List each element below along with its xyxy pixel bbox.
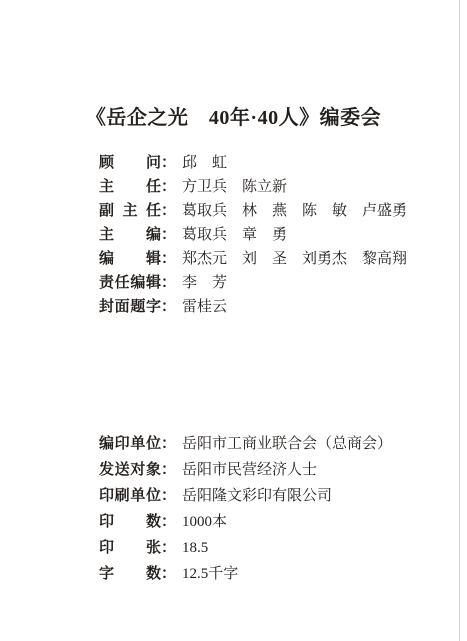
committee-row: 主任：方卫兵 陈立新	[99, 175, 447, 199]
committee-row-value: 邱 虹	[182, 155, 227, 171]
committee-row: 责任编辑：李 芳	[99, 271, 447, 295]
committee-row-value: 雷桂云	[182, 299, 227, 315]
colon: ：	[161, 274, 176, 291]
publication-row-value: 岳阳隆文彩印有限公司	[182, 488, 332, 504]
publication-row-value: 岳阳市民营经济人士	[182, 462, 317, 478]
committee-row-label: 主任	[99, 175, 161, 199]
publication-row-label: 字数	[99, 561, 161, 587]
scanned-colophon-page: 《岳企之光 40年·40人》编委会 顾问：邱 虹 主任：方卫兵 陈立新 副主任：…	[0, 0, 467, 641]
colon: ：	[161, 435, 176, 452]
committee-row-value: 方卫兵 陈立新	[182, 179, 287, 195]
publication-row: 印数：1000本	[99, 509, 447, 535]
committee-row-value: 李 芳	[182, 275, 227, 291]
colon: ：	[161, 226, 176, 243]
committee-row-label: 主编	[99, 223, 161, 247]
publication-info-section: 编印单位：岳阳市工商业联合会（总商会） 发送对象：岳阳市民营经济人士 印刷单位：…	[99, 431, 447, 587]
committee-row: 主编：葛取兵 章 勇	[99, 223, 447, 247]
publication-row-label: 发送对象	[99, 457, 161, 483]
colon: ：	[161, 202, 176, 219]
publication-row-label: 印刷单位	[99, 483, 161, 509]
committee-row-label: 副主任	[99, 199, 161, 223]
colon: ：	[161, 178, 176, 195]
colon: ：	[161, 539, 176, 556]
publication-row: 发送对象：岳阳市民营经济人士	[99, 457, 447, 483]
committee-row: 封面题字：雷桂云	[99, 295, 447, 319]
committee-row-value: 葛取兵 林 燕 陈 敏 卢盛勇	[182, 203, 407, 219]
committee-row-label: 责任编辑	[99, 271, 161, 295]
publication-row: 印刷单位：岳阳隆文彩印有限公司	[99, 483, 447, 509]
colon: ：	[161, 487, 176, 504]
publication-row-value: 12.5千字	[182, 566, 238, 582]
colon: ：	[161, 565, 176, 582]
colon: ：	[161, 461, 176, 478]
publication-row-label: 编印单位	[99, 431, 161, 457]
committee-row-label: 封面题字	[99, 295, 161, 319]
publication-row: 印张：18.5	[99, 535, 447, 561]
publication-row-value: 岳阳市工商业联合会（总商会）	[182, 436, 392, 452]
committee-row: 编辑：郑杰元 刘 圣 刘勇杰 黎高翔	[99, 247, 447, 271]
publication-row-value: 18.5	[182, 540, 208, 556]
committee-row-value: 郑杰元 刘 圣 刘勇杰 黎高翔	[182, 251, 407, 267]
page-edge-scan-line	[459, 0, 460, 641]
colon: ：	[161, 298, 176, 315]
committee-row-value: 葛取兵 章 勇	[182, 227, 287, 243]
publication-row: 字数：12.5千字	[99, 561, 447, 587]
committee-row-label: 顾问	[99, 151, 161, 175]
publication-row-label: 印张	[99, 535, 161, 561]
colon: ：	[161, 513, 176, 530]
committee-row: 顾问：邱 虹	[99, 151, 447, 175]
committee-section: 顾问：邱 虹 主任：方卫兵 陈立新 副主任：葛取兵 林 燕 陈 敏 卢盛勇 主编…	[99, 151, 447, 319]
page-title: 《岳企之光 40年·40人》编委会	[0, 101, 467, 130]
committee-row-label: 编辑	[99, 247, 161, 271]
colon: ：	[161, 250, 176, 267]
publication-row-value: 1000本	[182, 514, 227, 530]
committee-row: 副主任：葛取兵 林 燕 陈 敏 卢盛勇	[99, 199, 447, 223]
colon: ：	[161, 154, 176, 171]
publication-row: 编印单位：岳阳市工商业联合会（总商会）	[99, 431, 447, 457]
publication-row-label: 印数	[99, 509, 161, 535]
